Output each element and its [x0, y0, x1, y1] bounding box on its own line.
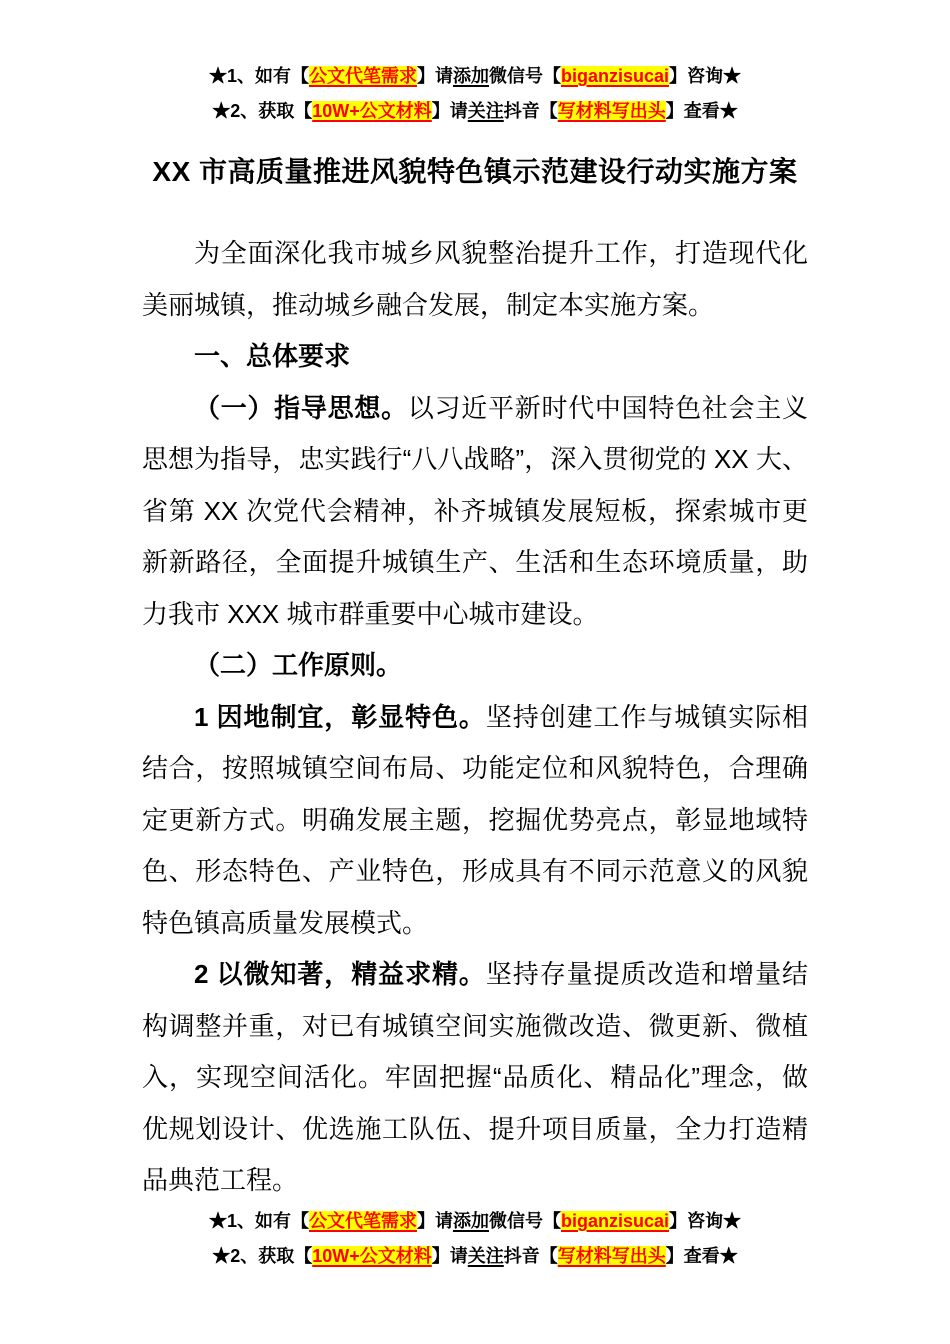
- text-segment: 】查看★: [666, 101, 738, 121]
- text-segment: 关注: [468, 101, 504, 121]
- highlighted-text: 写材料写出头: [558, 101, 666, 121]
- text-segment: 】查看★: [666, 1246, 738, 1266]
- promo-header-line2: ★2、获取【10W+公文材料】请关注抖音【写材料写出头】查看★: [0, 94, 950, 129]
- paragraph: 1 因地制宜，彰显特色。坚持创建工作与城镇实际相结合，按照城镇空间布局、功能定位…: [142, 692, 808, 950]
- document-body: 为全面深化我市城乡风貌整治提升工作，打造现代化美丽城镇，推动城乡融合发展，制定本…: [142, 228, 808, 1207]
- text-segment: 抖音【: [504, 1246, 558, 1266]
- text-segment: ★1、如有【: [209, 1211, 309, 1231]
- paragraph-text: 坚持创建工作与城镇实际相结合，按照城镇空间布局、功能定位和风貌特色，合理确定更新…: [142, 702, 808, 938]
- paragraph: （一）指导思想。以习近平新时代中国特色社会主义思想为指导，忠实践行“八八战略”，…: [142, 383, 808, 641]
- paragraph: （二）工作原则。: [142, 640, 808, 692]
- promo-footer: ★1、如有【公文代笔需求】请添加微信号【biganzisucai】咨询★ ★2、…: [0, 1204, 950, 1274]
- paragraph-lead-in: 一、总体要求: [194, 341, 350, 371]
- promo-footer-line1: ★1、如有【公文代笔需求】请添加微信号【biganzisucai】咨询★: [0, 1204, 950, 1239]
- text-segment: 】请: [417, 66, 453, 86]
- highlighted-text: biganzisucai: [561, 1211, 669, 1231]
- text-segment: ★2、获取【: [212, 1246, 312, 1266]
- highlighted-text: 10W+公文材料: [312, 101, 432, 121]
- text-segment: 添加: [453, 66, 489, 86]
- text-segment: 】请: [432, 101, 468, 121]
- highlighted-text: 10W+公文材料: [312, 1246, 432, 1266]
- paragraph-text: 以习近平新时代中国特色社会主义思想为指导，忠实践行“八八战略”，深入贯彻党的 X…: [142, 393, 808, 629]
- paragraph-lead-in: （一）指导思想。: [194, 393, 408, 423]
- promo-header: ★1、如有【公文代笔需求】请添加微信号【biganzisucai】咨询★ ★2、…: [0, 0, 950, 129]
- paragraph-lead-in: 1 因地制宜，彰显特色。: [194, 702, 486, 732]
- paragraph-text: 为全面深化我市城乡风貌整治提升工作，打造现代化美丽城镇，推动城乡融合发展，制定本…: [142, 238, 808, 320]
- text-segment: ★2、获取【: [212, 101, 312, 121]
- paragraph: 为全面深化我市城乡风貌整治提升工作，打造现代化美丽城镇，推动城乡融合发展，制定本…: [142, 228, 808, 331]
- highlighted-text: 写材料写出头: [558, 1246, 666, 1266]
- text-segment: ★1、如有【: [209, 66, 309, 86]
- highlighted-text: biganzisucai: [561, 66, 669, 86]
- text-segment: 微信号【: [489, 1211, 561, 1231]
- text-segment: 】咨询★: [669, 1211, 741, 1231]
- paragraph: 2 以微知著，精益求精。坚持存量提质改造和增量结构调整并重，对已有城镇空间实施微…: [142, 949, 808, 1207]
- text-segment: 添加: [453, 1211, 489, 1231]
- text-segment: 抖音【: [504, 101, 558, 121]
- paragraph-lead-in: 2 以微知著，精益求精。: [194, 959, 486, 989]
- text-segment: 微信号【: [489, 66, 561, 86]
- document-title: XX 市高质量推进风貌特色镇示范建设行动实施方案: [0, 152, 950, 192]
- highlighted-text: 公文代笔需求: [309, 66, 417, 86]
- promo-header-line1: ★1、如有【公文代笔需求】请添加微信号【biganzisucai】咨询★: [0, 59, 950, 94]
- text-segment: 关注: [468, 1246, 504, 1266]
- text-segment: 】请: [417, 1211, 453, 1231]
- document-page: ★1、如有【公文代笔需求】请添加微信号【biganzisucai】咨询★ ★2、…: [0, 0, 950, 1344]
- paragraph-text: 坚持存量提质改造和增量结构调整并重，对已有城镇空间实施微改造、微更新、微植入，实…: [142, 959, 808, 1195]
- text-segment: 】咨询★: [669, 66, 741, 86]
- promo-footer-line2: ★2、获取【10W+公文材料】请关注抖音【写材料写出头】查看★: [0, 1239, 950, 1274]
- text-segment: 】请: [432, 1246, 468, 1266]
- paragraph: 一、总体要求: [142, 331, 808, 383]
- highlighted-text: 公文代笔需求: [309, 1211, 417, 1231]
- paragraph-lead-in: （二）工作原则。: [194, 650, 402, 680]
